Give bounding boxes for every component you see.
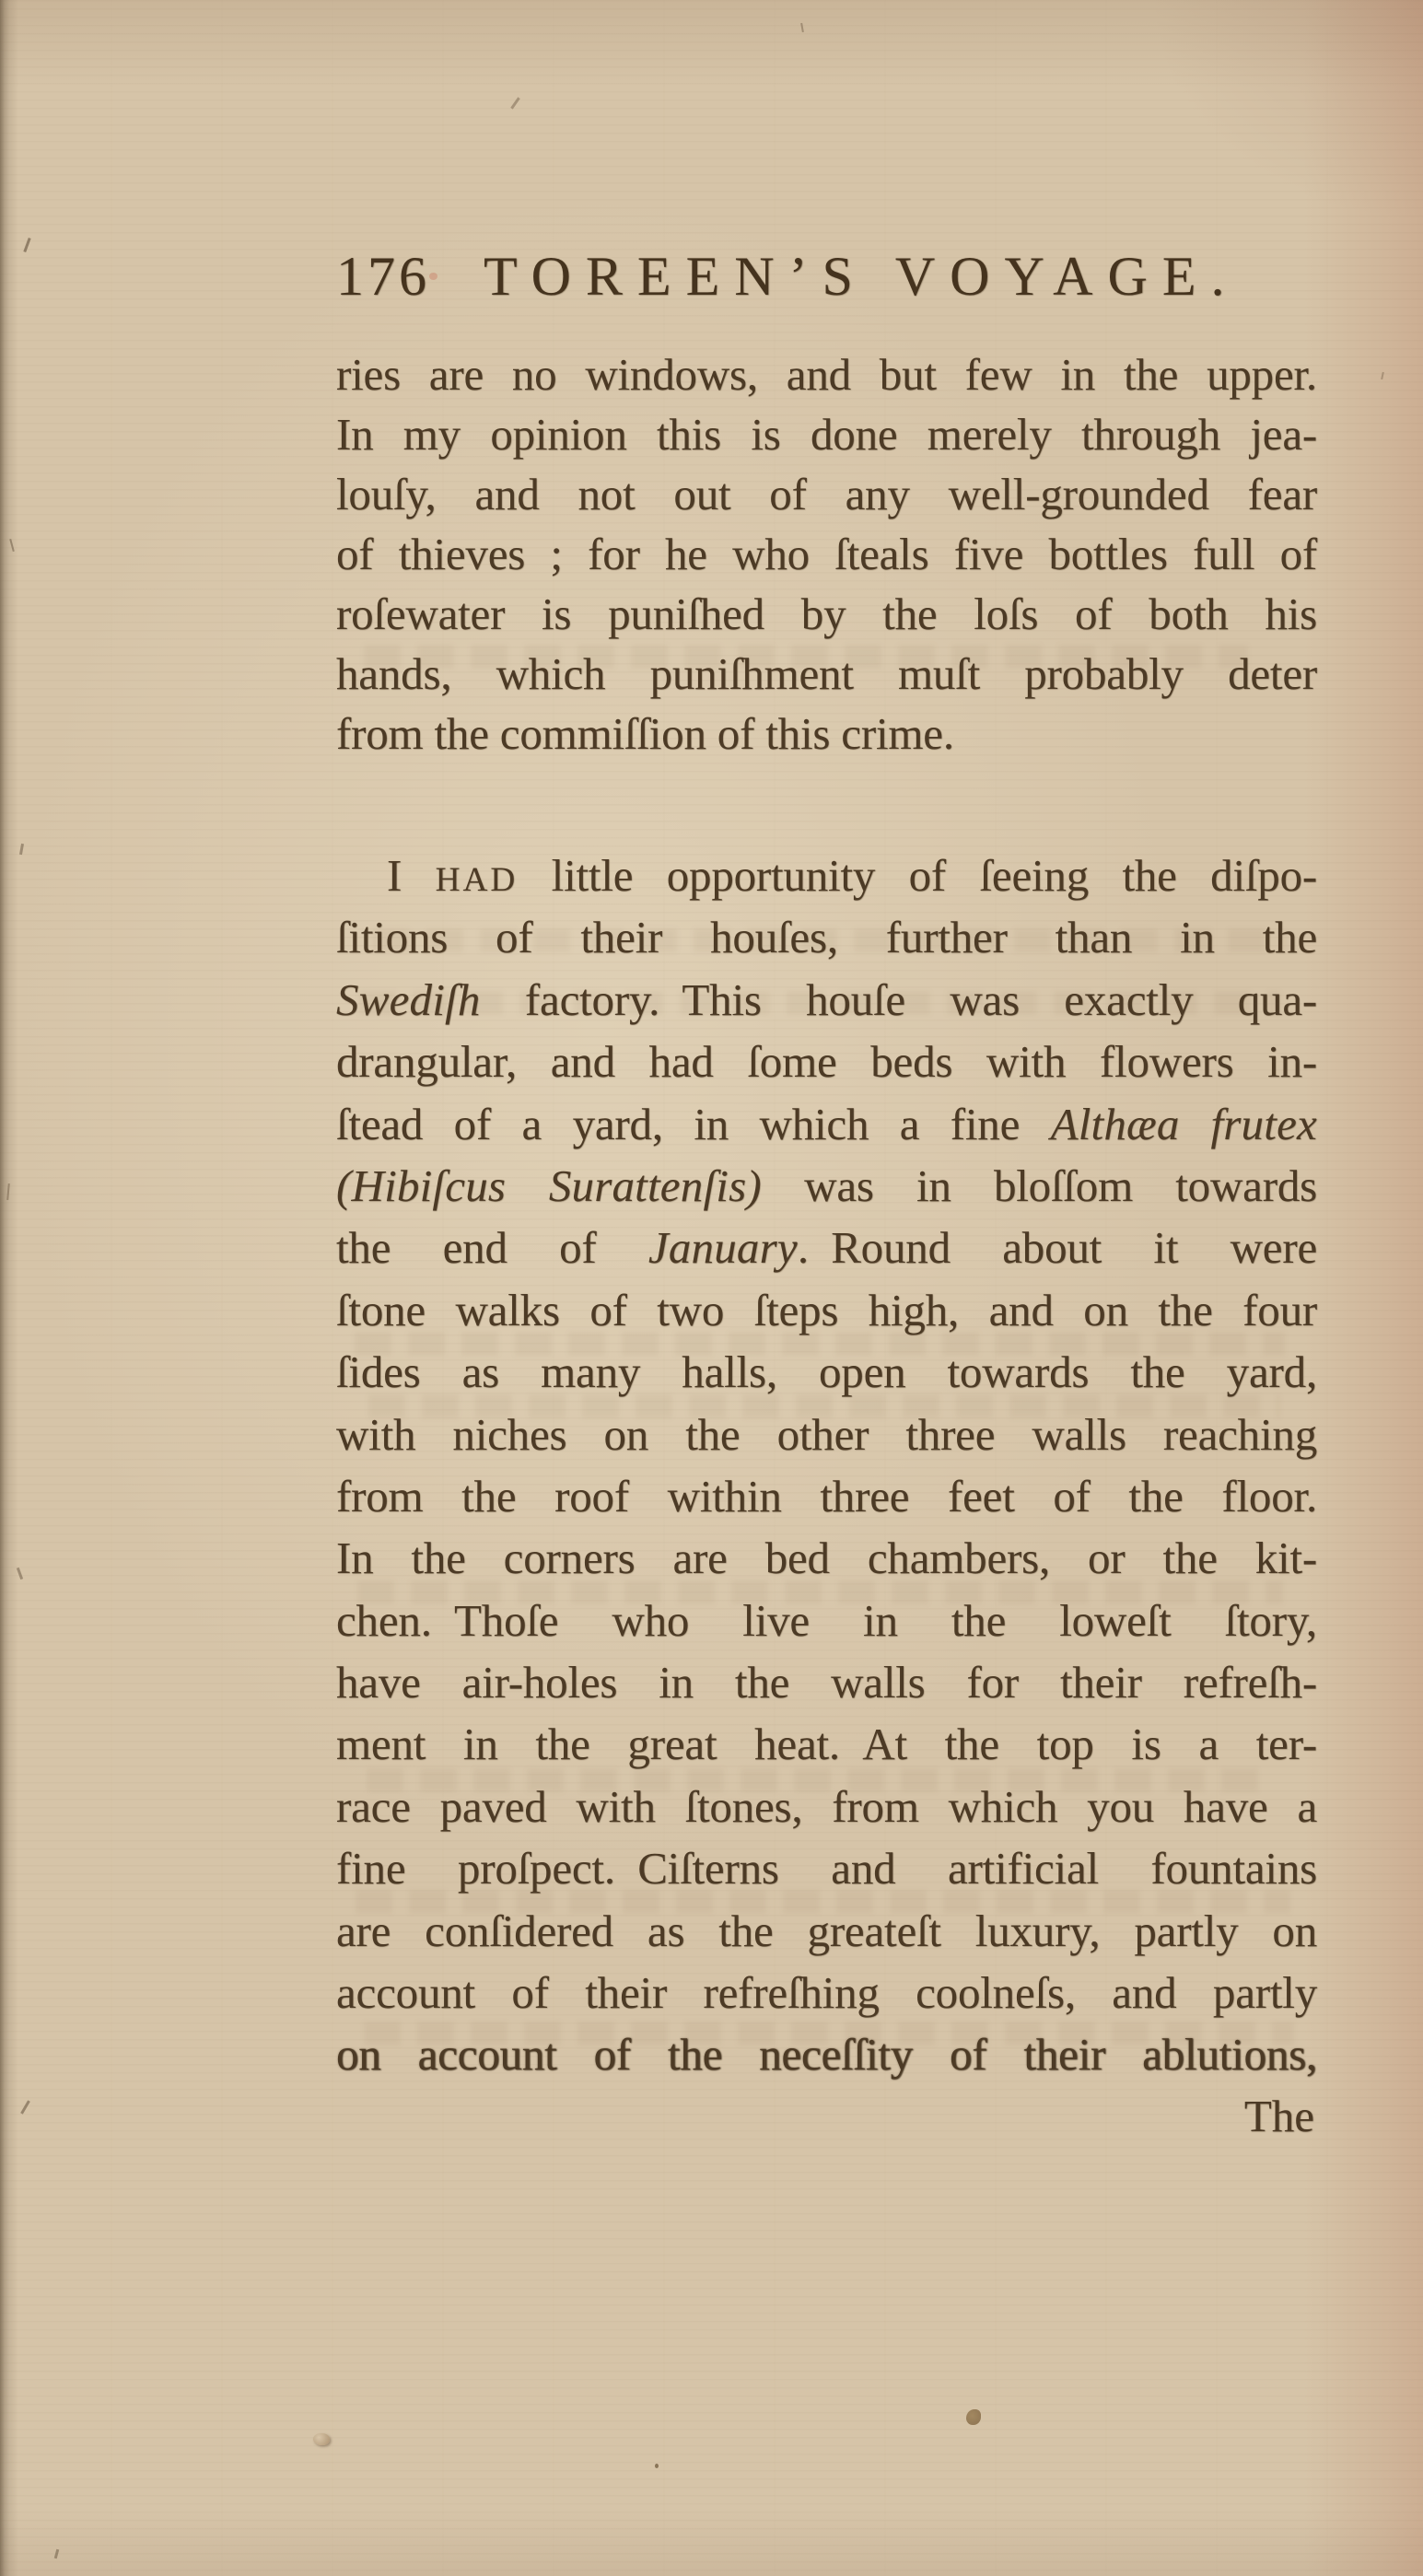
margin-ink-mark (20, 2100, 30, 2114)
text-segment: ries are no windows, and but few in the … (336, 349, 1317, 400)
text-line: are conſidered as the greateſt luxury, p… (336, 1900, 1317, 1962)
text-segment: factory. This houſe was exactly qua- (481, 974, 1317, 1025)
text-line: account of their refreſhing coolneſs, an… (336, 1962, 1317, 2023)
text-segment: ſtone walks of two ſteps high, and on th… (336, 1285, 1317, 1335)
ink-speck (655, 2464, 659, 2468)
text-line: (Hibiſcus Surattenſis) was in bloſſom to… (336, 1155, 1317, 1217)
ink-speck (966, 2409, 981, 2425)
text-segment: ſtead of a yard, in which a fine (336, 1099, 1051, 1149)
italic-text: January (648, 1222, 798, 1273)
margin-ink-mark (6, 1183, 10, 1200)
text-line: hands, which puniſhment muſt probably de… (336, 644, 1317, 704)
text-line: Swediſh factory. This houſe was exactly … (336, 969, 1317, 1031)
text-line: ſtone walks of two ſteps high, and on th… (336, 1279, 1317, 1341)
margin-ink-mark (9, 539, 15, 552)
margin-ink-mark (1381, 372, 1384, 379)
text-segment: had (436, 861, 519, 899)
text-line: In the corners are bed chambers, or the … (336, 1527, 1317, 1589)
text-line: ment in the great heat. At the top is a … (336, 1713, 1317, 1775)
paragraph: I had little opportunity of ſeeing the d… (336, 845, 1317, 2086)
text-line: from the commiſſion of this crime. (336, 704, 1317, 763)
paper-speck (313, 2433, 330, 2445)
text-line: drangular, and had ſome beds with flower… (336, 1031, 1317, 1092)
text-line: have air-holes in the walls for their re… (336, 1651, 1317, 1713)
text-segment: have air-holes in the walls for their re… (336, 1657, 1317, 1708)
text-line: the end of January. Round about it were (336, 1217, 1317, 1278)
margin-ink-mark (54, 2549, 59, 2559)
text-segment: the end of (336, 1222, 648, 1273)
text-line: on account of the neceſſity of their abl… (336, 2023, 1317, 2085)
text-line: chen. Thoſe who live in the loweſt ſtory… (336, 1590, 1317, 1651)
text-segment: hands, which puniſhment muſt probably de… (336, 648, 1317, 699)
book-page: 176 TOREEN’S VOYAGE. ries are no windows… (0, 0, 1423, 2576)
margin-ink-mark (19, 844, 24, 855)
paragraph: ries are no windows, and but few in the … (336, 344, 1317, 763)
text-segment: on account of the neceſſity of their abl… (336, 2029, 1317, 2080)
text-line: ſtead of a yard, in which a fine Althæa … (336, 1093, 1317, 1155)
text-segment: was in bloſſom towards (762, 1160, 1317, 1211)
text-segment: drangular, and had ſome beds with flower… (336, 1036, 1317, 1087)
text-segment: fine proſpect. Ciſterns and artificial f… (336, 1843, 1317, 1894)
text-line: race paved with ſtones, from which you h… (336, 1776, 1317, 1837)
text-line: I had little opportunity of ſeeing the d… (336, 845, 1317, 906)
italic-text: Swediſh (336, 974, 481, 1025)
running-title: TOREEN’S VOYAGE. (484, 249, 1239, 304)
text-segment: louſy, and not out of any well-grounded … (336, 469, 1317, 519)
margin-ink-mark (800, 23, 804, 32)
text-line: roſewater is puniſhed by the loſs of bot… (336, 584, 1317, 644)
text-segment: account of their refreſhing coolneſs, an… (336, 1967, 1317, 2018)
italic-text: (Hibiſcus Surattenſis) (336, 1160, 762, 1211)
text-line: louſy, and not out of any well-grounded … (336, 464, 1317, 524)
catchword: The (1244, 2086, 1314, 2146)
text-segment: In my opinion this is done merely throug… (336, 409, 1317, 460)
text-segment: . Round about it were (798, 1222, 1317, 1273)
text-line: ries are no windows, and but few in the … (336, 344, 1317, 404)
text-segment: ſitions of their houſes, further than in… (336, 912, 1317, 962)
margin-ink-mark (17, 1568, 23, 1579)
text-segment: from the roof within three feet of the f… (336, 1471, 1317, 1521)
text-segment: race paved with ſtones, from which you h… (336, 1781, 1317, 1832)
page-header: 176 TOREEN’S VOYAGE. (336, 249, 1317, 304)
margin-ink-mark (23, 238, 30, 252)
text-segment: ment in the great heat. At the top is a … (336, 1719, 1317, 1769)
ink-speck (429, 273, 437, 280)
margin-ink-mark (510, 97, 519, 109)
text-line: with niches on the other three walls rea… (336, 1404, 1317, 1465)
text-segment: I (387, 850, 436, 901)
page-number: 176 (336, 249, 430, 304)
text-line: In my opinion this is done merely throug… (336, 404, 1317, 464)
text-segment: ſides as many halls, open towards the ya… (336, 1346, 1317, 1397)
text-segment: of thieves ; for he who ſteals five bott… (336, 529, 1317, 579)
text-segment: are conſidered as the greateſt luxury, p… (336, 1906, 1317, 1956)
text-segment: In the corners are bed chambers, or the … (336, 1533, 1317, 1583)
text-line: ſides as many halls, open towards the ya… (336, 1341, 1317, 1403)
text-segment: chen. Thoſe who live in the loweſt ſtory… (336, 1595, 1317, 1646)
text-line: of thieves ; for he who ſteals five bott… (336, 524, 1317, 584)
text-segment: little opportunity of ſeeing the diſpo- (518, 850, 1317, 901)
italic-text: Althæa frutex (1051, 1099, 1317, 1149)
text-line: fine proſpect. Ciſterns and artificial f… (336, 1837, 1317, 1899)
text-segment: from the commiſſion of this crime. (336, 708, 954, 759)
text-block: ries are no windows, and but few in the … (336, 344, 1317, 2086)
text-segment: roſewater is puniſhed by the loſs of bot… (336, 589, 1317, 639)
text-line: from the roof within three feet of the f… (336, 1465, 1317, 1527)
text-segment: with niches on the other three walls rea… (336, 1409, 1317, 1460)
text-line: ſitions of their houſes, further than in… (336, 906, 1317, 968)
